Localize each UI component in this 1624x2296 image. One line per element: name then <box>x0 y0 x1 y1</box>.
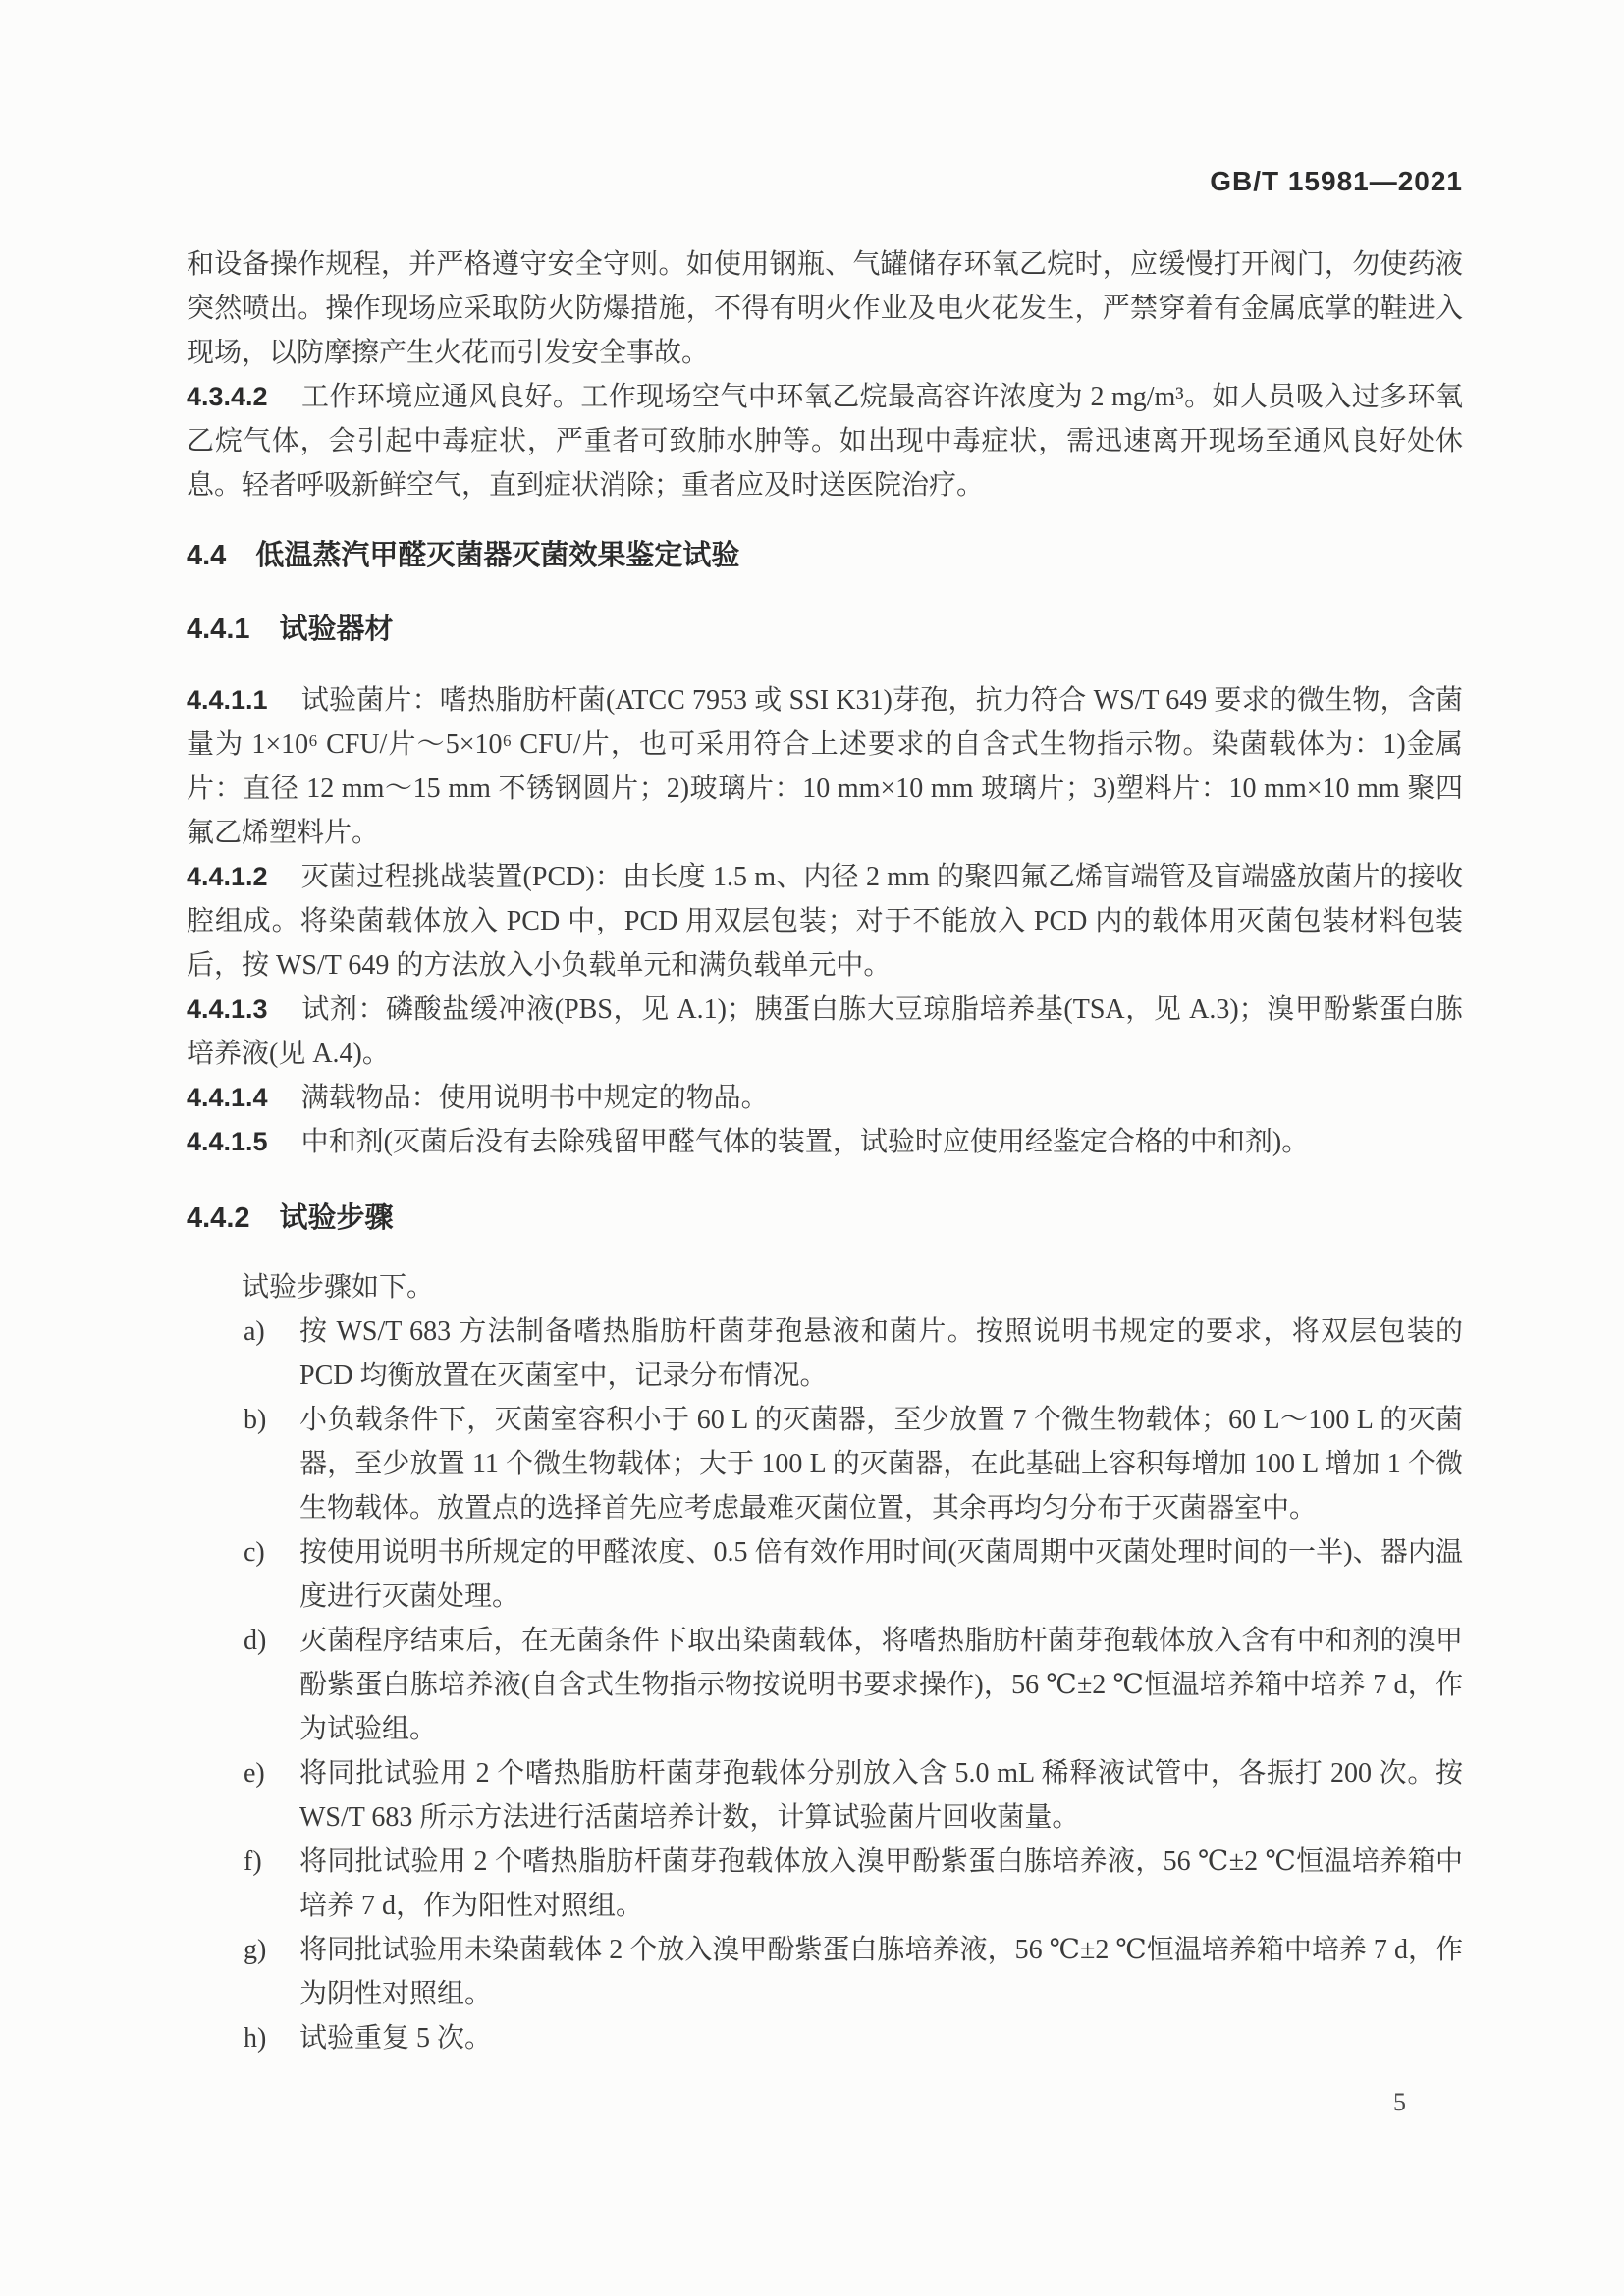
clause-4-3-4-2-text: 工作环境应通风良好。工作现场空气中环氧乙烷最高容许浓度为 2 mg/m³。如人员… <box>187 382 1463 501</box>
page-number: 5 <box>1393 2088 1406 2116</box>
step-text-g: 将同批试验用未染菌载体 2 个放入溴甲酚紫蛋白胨培养液，56 ℃±2 ℃恒温培养… <box>299 1935 1463 2009</box>
steps-intro: 试验步骤如下。 <box>187 1265 1463 1309</box>
step-text-f: 将同批试验用 2 个嗜热脂肪杆菌芽孢载体放入溴甲酚紫蛋白胨培养液，56 ℃±2 … <box>299 1846 1463 1921</box>
step-list: a)按 WS/T 683 方法制备嗜热脂肪杆菌芽孢悬液和菌片。按照说明书规定的要… <box>187 1309 1463 2060</box>
clause-4-4-1-3: 4.4.1.3试剂：磷酸盐缓冲液(PBS，见 A.1)；胰蛋白胨大豆琼脂培养基(… <box>187 988 1463 1076</box>
page-header: GB/T 15981—2021 <box>187 165 1463 199</box>
clause-4-3-4-2: 4.3.4.2工作环境应通风良好。工作现场空气中环氧乙烷最高容许浓度为 2 mg… <box>187 375 1463 507</box>
section-4-4-1-number: 4.4.1 <box>187 614 250 645</box>
step-text-c: 按使用说明书所规定的甲醛浓度、0.5 倍有效作用时间(灭菌周期中灭菌处理时间的一… <box>299 1537 1463 1612</box>
section-heading-4-4-1: 4.4.1试验器材 <box>187 608 1463 652</box>
step-item-f: f)将同批试验用 2 个嗜热脂肪杆菌芽孢载体放入溴甲酚紫蛋白胨培养液，56 ℃±… <box>187 1840 1463 1928</box>
step-text-a: 按 WS/T 683 方法制备嗜热脂肪杆菌芽孢悬液和菌片。按照说明书规定的要求，… <box>299 1316 1463 1391</box>
step-item-b: b)小负载条件下，灭菌室容积小于 60 L 的灭菌器，至少放置 7 个微生物载体… <box>187 1398 1463 1530</box>
step-label-c: c) <box>244 1530 265 1575</box>
clause-4-4-1-5-number: 4.4.1.5 <box>187 1127 268 1156</box>
step-item-g: g)将同批试验用未染菌载体 2 个放入溴甲酚紫蛋白胨培养液，56 ℃±2 ℃恒温… <box>187 1928 1463 2016</box>
step-item-c: c)按使用说明书所规定的甲醛浓度、0.5 倍有效作用时间(灭菌周期中灭菌处理时间… <box>187 1530 1463 1619</box>
section-4-4-number: 4.4 <box>187 540 226 571</box>
clause-4-4-1-1: 4.4.1.1试验菌片：嗜热脂肪杆菌(ATCC 7953 或 SSI K31)芽… <box>187 678 1463 855</box>
page-footer: 5 <box>187 2080 1463 2124</box>
clause-4-4-1-3-number: 4.4.1.3 <box>187 994 268 1024</box>
step-text-e: 将同批试验用 2 个嗜热脂肪杆菌芽孢载体分别放入含 5.0 mL 稀释液试管中，… <box>299 1758 1463 1833</box>
step-text-b: 小负载条件下，灭菌室容积小于 60 L 的灭菌器，至少放置 7 个微生物载体；6… <box>299 1405 1463 1523</box>
step-label-e: e) <box>244 1751 265 1795</box>
step-item-d: d)灭菌程序结束后，在无菌条件下取出染菌载体，将嗜热脂肪杆菌芽孢载体放入含有中和… <box>187 1619 1463 1751</box>
clause-4-4-1-4: 4.4.1.4满载物品：使用说明书中规定的物品。 <box>187 1076 1463 1120</box>
standard-code: GB/T 15981—2021 <box>1210 166 1463 196</box>
step-item-e: e)将同批试验用 2 个嗜热脂肪杆菌芽孢载体分别放入含 5.0 mL 稀释液试管… <box>187 1751 1463 1840</box>
clause-4-4-1-1-text: 试验菌片：嗜热脂肪杆菌(ATCC 7953 或 SSI K31)芽孢，抗力符合 … <box>187 685 1463 848</box>
step-item-a: a)按 WS/T 683 方法制备嗜热脂肪杆菌芽孢悬液和菌片。按照说明书规定的要… <box>187 1309 1463 1398</box>
section-heading-4-4-2: 4.4.2试验步骤 <box>187 1197 1463 1241</box>
document-page: GB/T 15981—2021 和设备操作规程，并严格遵守安全守则。如使用钢瓶、… <box>0 0 1624 2296</box>
section-4-4-2-number: 4.4.2 <box>187 1202 250 1234</box>
step-label-h: h) <box>244 2016 266 2060</box>
clause-4-4-1-4-number: 4.4.1.4 <box>187 1083 268 1112</box>
clause-4-3-4-2-number: 4.3.4.2 <box>187 382 268 411</box>
step-label-d: d) <box>244 1619 266 1663</box>
step-label-f: f) <box>244 1840 262 1884</box>
step-label-g: g) <box>244 1928 266 1972</box>
section-heading-4-4: 4.4低温蒸汽甲醛灭菌器灭菌效果鉴定试验 <box>187 534 1463 578</box>
clauses-4-4-1: 4.4.1.1试验菌片：嗜热脂肪杆菌(ATCC 7953 或 SSI K31)芽… <box>187 678 1463 1164</box>
clause-4-4-1-2-number: 4.4.1.2 <box>187 862 268 891</box>
section-4-4-title: 低温蒸汽甲醛灭菌器灭菌效果鉴定试验 <box>255 540 739 571</box>
step-text-h: 试验重复 5 次。 <box>299 2023 492 2054</box>
clause-4-4-1-1-number: 4.4.1.1 <box>187 685 268 715</box>
step-label-b: b) <box>244 1398 266 1442</box>
clause-4-4-1-2-text: 灭菌过程挑战装置(PCD)：由长度 1.5 m、内径 2 mm 的聚四氟乙烯盲端… <box>187 862 1463 981</box>
step-label-a: a) <box>244 1309 265 1354</box>
clause-4-4-1-5: 4.4.1.5中和剂(灭菌后没有去除残留甲醛气体的装置，试验时应使用经鉴定合格的… <box>187 1120 1463 1164</box>
step-text-d: 灭菌程序结束后，在无菌条件下取出染菌载体，将嗜热脂肪杆菌芽孢载体放入含有中和剂的… <box>299 1626 1463 1744</box>
step-item-h: h)试验重复 5 次。 <box>187 2016 1463 2060</box>
clause-4-4-1-4-text: 满载物品：使用说明书中规定的物品。 <box>301 1083 769 1113</box>
section-4-4-1-title: 试验器材 <box>280 614 394 645</box>
clause-4-4-1-5-text: 中和剂(灭菌后没有去除残留甲醛气体的装置，试验时应使用经鉴定合格的中和剂)。 <box>301 1127 1310 1157</box>
clause-4-4-1-2: 4.4.1.2灭菌过程挑战装置(PCD)：由长度 1.5 m、内径 2 mm 的… <box>187 855 1463 988</box>
section-4-4-2-title: 试验步骤 <box>280 1202 394 1234</box>
intro-paragraph: 和设备操作规程，并严格遵守安全守则。如使用钢瓶、气罐储存环氧乙烷时，应缓慢打开阀… <box>187 242 1463 375</box>
clause-4-4-1-3-text: 试剂：磷酸盐缓冲液(PBS，见 A.1)；胰蛋白胨大豆琼脂培养基(TSA，见 A… <box>187 994 1463 1069</box>
